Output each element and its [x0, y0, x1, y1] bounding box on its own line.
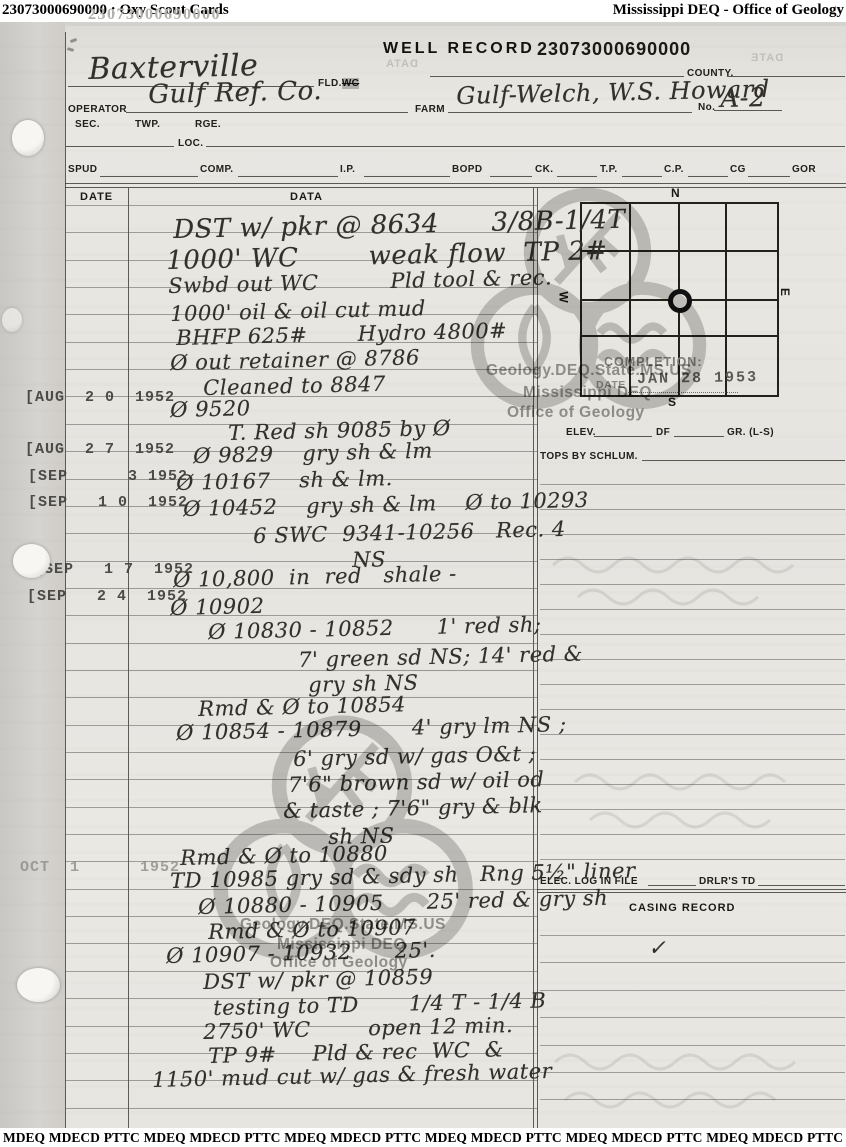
bleed-through-mark — [570, 760, 840, 840]
gr-label: GR. (L-S) — [727, 427, 774, 438]
handwritten-log-line: Ø 10167 sh & lm. — [176, 466, 393, 495]
date-stamp: [AUG 2 0 1952 — [25, 389, 175, 406]
handwritten-log-line: Ø 9829 gry sh & lm — [193, 439, 433, 468]
handwritten-log-line: Ø 9520 — [170, 396, 251, 422]
date-stamp: [AUG 2 7 1952 — [25, 441, 175, 458]
footer-token: MDECD — [49, 1130, 100, 1146]
well-no-label: No. — [698, 102, 715, 113]
bleed-through-mark — [548, 545, 846, 615]
watermark-office-text: Office of Geology — [507, 404, 645, 422]
bleed-through-date-text: DATE — [750, 52, 783, 64]
footer-token: MDEQ — [284, 1130, 326, 1146]
punch-hole — [2, 308, 22, 332]
watermark-url-text: Geology.DEQ.State.MS.US — [240, 916, 446, 934]
handwritten-log-line: 6 SWC 9341-10256 Rec. 4 — [253, 517, 566, 548]
watermark-agency-text: Mississippi DEQ — [277, 936, 406, 954]
card-content-layer: WELL RECORD 23073000690000 Baxterville F… — [0, 0, 846, 1147]
faded-api-number: 23073000690000 — [88, 6, 221, 24]
footer-token: MDECD — [752, 1130, 803, 1146]
footer-token: PTTC — [385, 1130, 421, 1146]
data-column-header: DATA — [290, 191, 323, 203]
header-agency-name: Mississippi DEQ - Office of Geology — [613, 2, 844, 19]
tops-by-schlum-label: TOPS BY SCHLUM. — [540, 451, 638, 462]
sec-label: SEC. — [75, 119, 100, 130]
loc-label: LOC. — [178, 138, 204, 149]
footer-token: MDEQ — [3, 1130, 45, 1146]
date-stamp: OCT 1 1952 — [20, 859, 180, 876]
footer-token: MDECD — [611, 1130, 662, 1146]
stat-label: CG — [730, 164, 746, 175]
footer-token: MDEQ — [144, 1130, 186, 1146]
footer-token: PTTC — [104, 1130, 140, 1146]
compass-east: E — [778, 288, 792, 296]
date-stamp: [SEP 3 1952 — [28, 468, 188, 485]
field-label: FLD.WC — [318, 78, 359, 89]
footer-token: MDEQ — [706, 1130, 748, 1146]
operator-handwritten: Gulf Ref. Co. — [148, 76, 322, 110]
handwritten-log-line: Ø out retainer @ 8786 — [170, 345, 420, 375]
card-title: WELL RECORD — [383, 40, 535, 58]
watermark-agency-text: Mississippi DEQ — [523, 384, 652, 402]
twp-label: TWP. — [135, 119, 160, 130]
rge-label: RGE. — [195, 119, 221, 130]
punch-hole — [13, 544, 50, 578]
drlrs-td-label: DRLR'S TD — [699, 876, 756, 887]
date-stamp: [SEP 1 0 1952 — [28, 494, 188, 511]
operator-label: OPERATOR — [68, 104, 127, 115]
farm-label: FARM — [415, 104, 445, 115]
date-column-header: DATE — [80, 191, 113, 203]
fld-strike-text: WC — [342, 78, 359, 89]
footer-token: PTTC — [244, 1130, 280, 1146]
date-stamp: [SEP 1 7 1952 — [34, 561, 194, 578]
stat-label: COMP. — [200, 164, 234, 175]
footer-token: PTTC — [666, 1130, 702, 1146]
pencil-tick — [67, 47, 75, 52]
footer-token: MDECD — [330, 1130, 381, 1146]
footer-token: MDEQ — [566, 1130, 608, 1146]
pencil-tick — [70, 38, 78, 43]
card-left-edge — [65, 32, 66, 1128]
api-number: 23073000690000 — [537, 39, 691, 60]
bleed-through-mark — [550, 1040, 840, 1120]
footer-token: MDEQ — [425, 1130, 467, 1146]
stat-label: I.P. — [340, 164, 355, 175]
footer-token: MDECD — [190, 1130, 241, 1146]
stat-label: SPUD — [68, 164, 97, 175]
footer-token: PTTC — [526, 1130, 562, 1146]
date-stamp: [SEP 2 4 1952 — [27, 588, 187, 605]
casing-record-label: CASING RECORD — [629, 902, 736, 914]
watermark-url-text: Geology.DEQ.State.MS.US — [486, 362, 692, 380]
viewer-footer: MDEQMDECDPTTCMDEQMDECDPTTCMDEQMDECDPTTCM… — [0, 1128, 846, 1147]
handwritten-log-line: 7' green sd NS; 14' red & — [298, 642, 583, 672]
stat-label: GOR — [792, 164, 816, 175]
handwritten-log-line: ✓ — [648, 936, 667, 960]
punch-hole — [12, 120, 44, 156]
watermark-office-text: Office of Geology — [270, 954, 408, 972]
footer-token: MDECD — [471, 1130, 522, 1146]
bleed-through-data-text: DATA — [385, 58, 418, 70]
punch-hole — [17, 968, 60, 1002]
footer-token: PTTC — [807, 1130, 843, 1146]
